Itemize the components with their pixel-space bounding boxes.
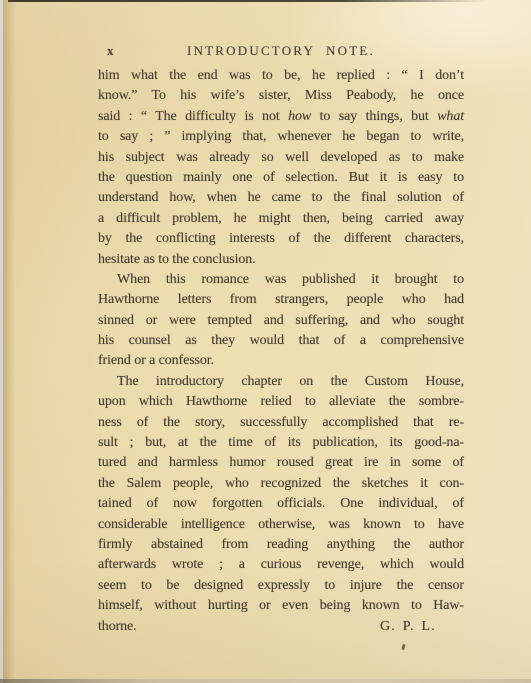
text-line: sinned or were tempted and suffering, an…	[98, 311, 464, 331]
text-line: him what the end was to be, he replied :…	[98, 66, 464, 86]
text-line: considerable intelligence otherwise, was…	[98, 515, 464, 535]
text-line: know.” To his wife’s sister, Miss Peabod…	[98, 86, 464, 106]
book-page: x INTRODUCTORY NOTE. him what the end wa…	[0, 0, 531, 683]
text-line: ness of the story, successfully accompli…	[98, 413, 464, 433]
scan-top-edge-line	[8, 0, 487, 2]
page-header: x INTRODUCTORY NOTE.	[98, 44, 464, 58]
text-line: afterwards wrote ; a curious revenge, wh…	[98, 555, 464, 575]
ink-speck	[401, 644, 405, 651]
author-initials: G. P. L.	[380, 617, 436, 637]
text-block: x INTRODUCTORY NOTE. him what the end wa…	[98, 36, 464, 637]
text-line: himself, without hurting or even being k…	[98, 596, 464, 616]
text-line: friend or a confessor.	[98, 351, 464, 371]
text-line: tained of now forgotten officials. One i…	[98, 494, 464, 514]
text-line: hesitate as to the conclusion.	[98, 250, 464, 270]
text-line: firmly abstained from reading anything t…	[98, 535, 464, 555]
text-line: sult ; but, at the time of its publicati…	[98, 433, 464, 453]
text-line: to say ; ” implying that, whenever he be…	[98, 127, 464, 147]
body-text: him what the end was to be, he replied :…	[98, 66, 464, 617]
text-line: seem to be designed expressly to injure …	[98, 576, 464, 596]
text-line: tured and harmless humor roused great ir…	[98, 453, 464, 473]
text-line: a difficult problem, he might then, bein…	[98, 209, 464, 229]
text-line: Hawthorne letters from strangers, people…	[98, 290, 464, 310]
text-line: When this romance was published it broug…	[98, 270, 464, 290]
text-line: the question mainly one of selection. Bu…	[98, 168, 464, 188]
text-line: the Salem people, who recognized the ske…	[98, 474, 464, 494]
text-line: by the conflicting interests of the diff…	[98, 229, 464, 249]
text-line: understand how, when he came to the fina…	[98, 188, 464, 208]
text-line: The introductory chapter on the Custom H…	[98, 372, 464, 392]
signature-line: thorne. G. P. L.	[98, 617, 464, 637]
text-line: upon which Hawthorne relied to alleviate…	[98, 392, 464, 412]
text-line: said : “ The difficulty is not how to sa…	[98, 107, 464, 127]
text-line: his counsel as they would that of a comp…	[98, 331, 464, 351]
scan-bottom-edge-strip	[0, 679, 531, 683]
text-line: his subject was already so well develope…	[98, 148, 464, 168]
page-number: x	[107, 44, 114, 58]
page-gutter-shadow	[3, 0, 15, 683]
last-line-text: thorne.	[98, 617, 137, 637]
running-head-title: INTRODUCTORY NOTE.	[98, 44, 464, 58]
